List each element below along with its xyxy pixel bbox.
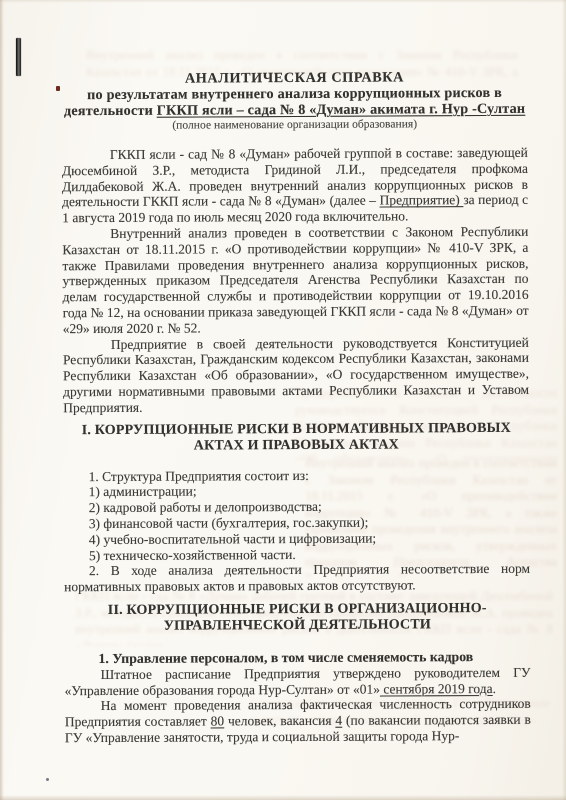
paragraph-staffing-schedule: Штатное расписание Предприятия утвержден… (65, 664, 531, 698)
paragraph-text: . (493, 680, 496, 695)
underlined-org-name: ГККП ясли – сада № 8 «Думан» акимата г. … (157, 101, 526, 119)
section-2-heading-line2: УПРАВЛЕНЧЕСКОЙ ДЕЯТЕЛЬНОСТИ (64, 617, 530, 635)
underlined-date: сентября 2019 года (380, 680, 493, 696)
section-1-heading-line2: АКТАХ И ПРАВОВЫХ АКТАХ (63, 436, 529, 454)
underlined-staff-count: 80 (211, 713, 225, 728)
dust-speck (46, 778, 49, 781)
title-prefix: деятельности (64, 103, 157, 119)
document-title-line3: деятельности ГККП ясли – сада № 8 «Думан… (62, 101, 528, 119)
page-edge-shadow-bottom (0, 795, 566, 800)
structure-list: 1. Структура Предприятия состоит из: 1) … (64, 466, 531, 595)
underlined-term-predpriyatie: Предприятие) (380, 193, 464, 208)
paragraph-working-group: ГККП ясли - сад № 8 «Думан» рабочей груп… (62, 145, 528, 226)
paragraph-governing-documents: Предприятие в своей деятельности руковод… (63, 334, 529, 415)
list-conclusion-item: 2. В ходе анализа деятельности Предприят… (64, 561, 530, 595)
section-2-heading: II. КОРРУПЦИОННЫЕ РИСКИ В ОРГАНИЗАЦИОННО… (64, 601, 530, 619)
red-ink-speck (56, 86, 60, 91)
document-body: АНАЛИТИЧЕСКАЯ СПРАВКА по результатам вну… (61, 0, 531, 746)
section-1-heading: I. КОРРУПЦИОННЫЕ РИСКИ В НОРМАТИВНЫХ ПРА… (63, 420, 529, 438)
scan-artifact-bar (16, 38, 21, 76)
page-edge-shadow-left (0, 0, 4, 800)
page-edge-shadow-right (562, 0, 566, 800)
paragraph-text: человек, вакансия (224, 713, 335, 729)
paragraph-headcount: На момент проведения анализа фактическая… (65, 696, 531, 746)
paragraph-legal-basis: Внутренний анализ проведен в соответстви… (62, 224, 529, 337)
document-subtitle: (полное наименование организации образов… (62, 117, 528, 132)
scanned-document-page: Внутренний анализ проведен в соответстви… (0, 0, 566, 800)
